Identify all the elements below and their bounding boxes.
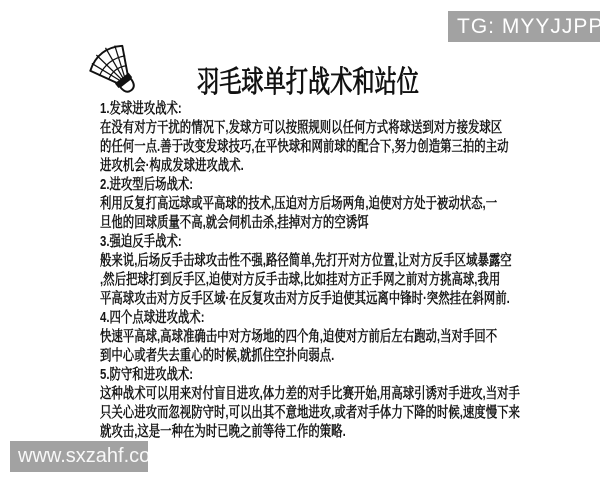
- tactic-section: 5.防守和进攻战术: 这种战术可以用来对付盲目进攻,体力差的对手比赛开始,用高球…: [100, 365, 600, 441]
- section-text-line: 进攻机会·构成发球进攻战术.: [100, 156, 480, 175]
- section-text-line: 旦他的回球质量不高,就会伺机击杀,挂掉对方的空诱饵: [100, 213, 480, 232]
- website-watermark: www.sxzahf.com: [10, 441, 148, 472]
- page-title: 羽毛球单打战术和站位: [197, 57, 419, 101]
- section-text-line: 快速平高球,高球准确击中对方场地的四个角,迫使对方前后左右跑动,当对手回不: [100, 327, 480, 346]
- tactic-section: 3.强迫反手战术: 般来说,后场反手击球攻击性不强,路径简单,先打开对方位置,让…: [100, 232, 600, 308]
- section-text-line: 在没有对方干扰的情况下,发球方可以按照规则以任何方式将球送到对方接发球区: [100, 118, 480, 137]
- section-text-line: 平高球攻击对方反手区域·在反复攻击对方反手迫使其远离中锋时·突然挂在斜网前.: [100, 289, 480, 308]
- section-heading: 3.强迫反手战术:: [100, 232, 480, 251]
- tactic-section: 4.四个点球进攻战术: 快速平高球,高球准确击中对方场地的四个角,迫使对方前后左…: [100, 308, 600, 365]
- tactic-section: 2.进攻型后场战术: 利用反复打高远球或平高球的技术,压迫对方后场两角,迫使对方…: [100, 175, 600, 232]
- tactic-section: 1.发球进攻战术: 在没有对方干扰的情况下,发球方可以按照规则以任何方式将球送到…: [100, 99, 600, 175]
- section-heading: 1.发球进攻战术:: [100, 99, 480, 118]
- section-text-line: 般来说,后场反手击球攻击性不强,路径简单,先打开对方位置,让对方反手区域暴露空: [100, 251, 480, 270]
- section-text-line: 就攻击,这是一种在为时已晚之前等待工作的策略.: [100, 422, 480, 441]
- section-heading: 4.四个点球进攻战术:: [100, 308, 480, 327]
- telegram-watermark-badge: TG: MYYJJPP: [448, 11, 600, 42]
- section-text-line: 这种战术可以用来对付盲目进攻,体力差的对手比赛开始,用高球引诱对手进攻,当对手: [100, 384, 480, 403]
- section-text-line: ,然后把球打到反手区,迫使对方反手击球,比如挂对方正手网之前对方挑高球,我用: [100, 270, 480, 289]
- section-text-line: 的任何一点.善于改变发球技巧,在平快球和网前球的配合下,努力创造第三拍的主动: [100, 137, 480, 156]
- section-text-line: 只关心进攻而忽视防守时,可以出其不意地进攻,或者对手体力下降的时候,速度慢下来: [100, 403, 480, 422]
- section-heading: 2.进攻型后场战术:: [100, 175, 480, 194]
- shuttlecock-icon: [88, 40, 146, 104]
- section-text-line: 到中心或者失去重心的时候,就抓住空扑向弱点.: [100, 346, 480, 365]
- section-heading: 5.防守和进攻战术:: [100, 365, 480, 384]
- section-text-line: 利用反复打高远球或平高球的技术,压迫对方后场两角,迫使对方处于被动状态,一: [100, 194, 480, 213]
- tactics-list: 1.发球进攻战术: 在没有对方干扰的情况下,发球方可以按照规则以任何方式将球送到…: [100, 99, 600, 441]
- document-page: TG: MYYJJPP 羽毛球单打战术和站位 1.发球进攻战术: 在没有对方干扰…: [0, 0, 600, 480]
